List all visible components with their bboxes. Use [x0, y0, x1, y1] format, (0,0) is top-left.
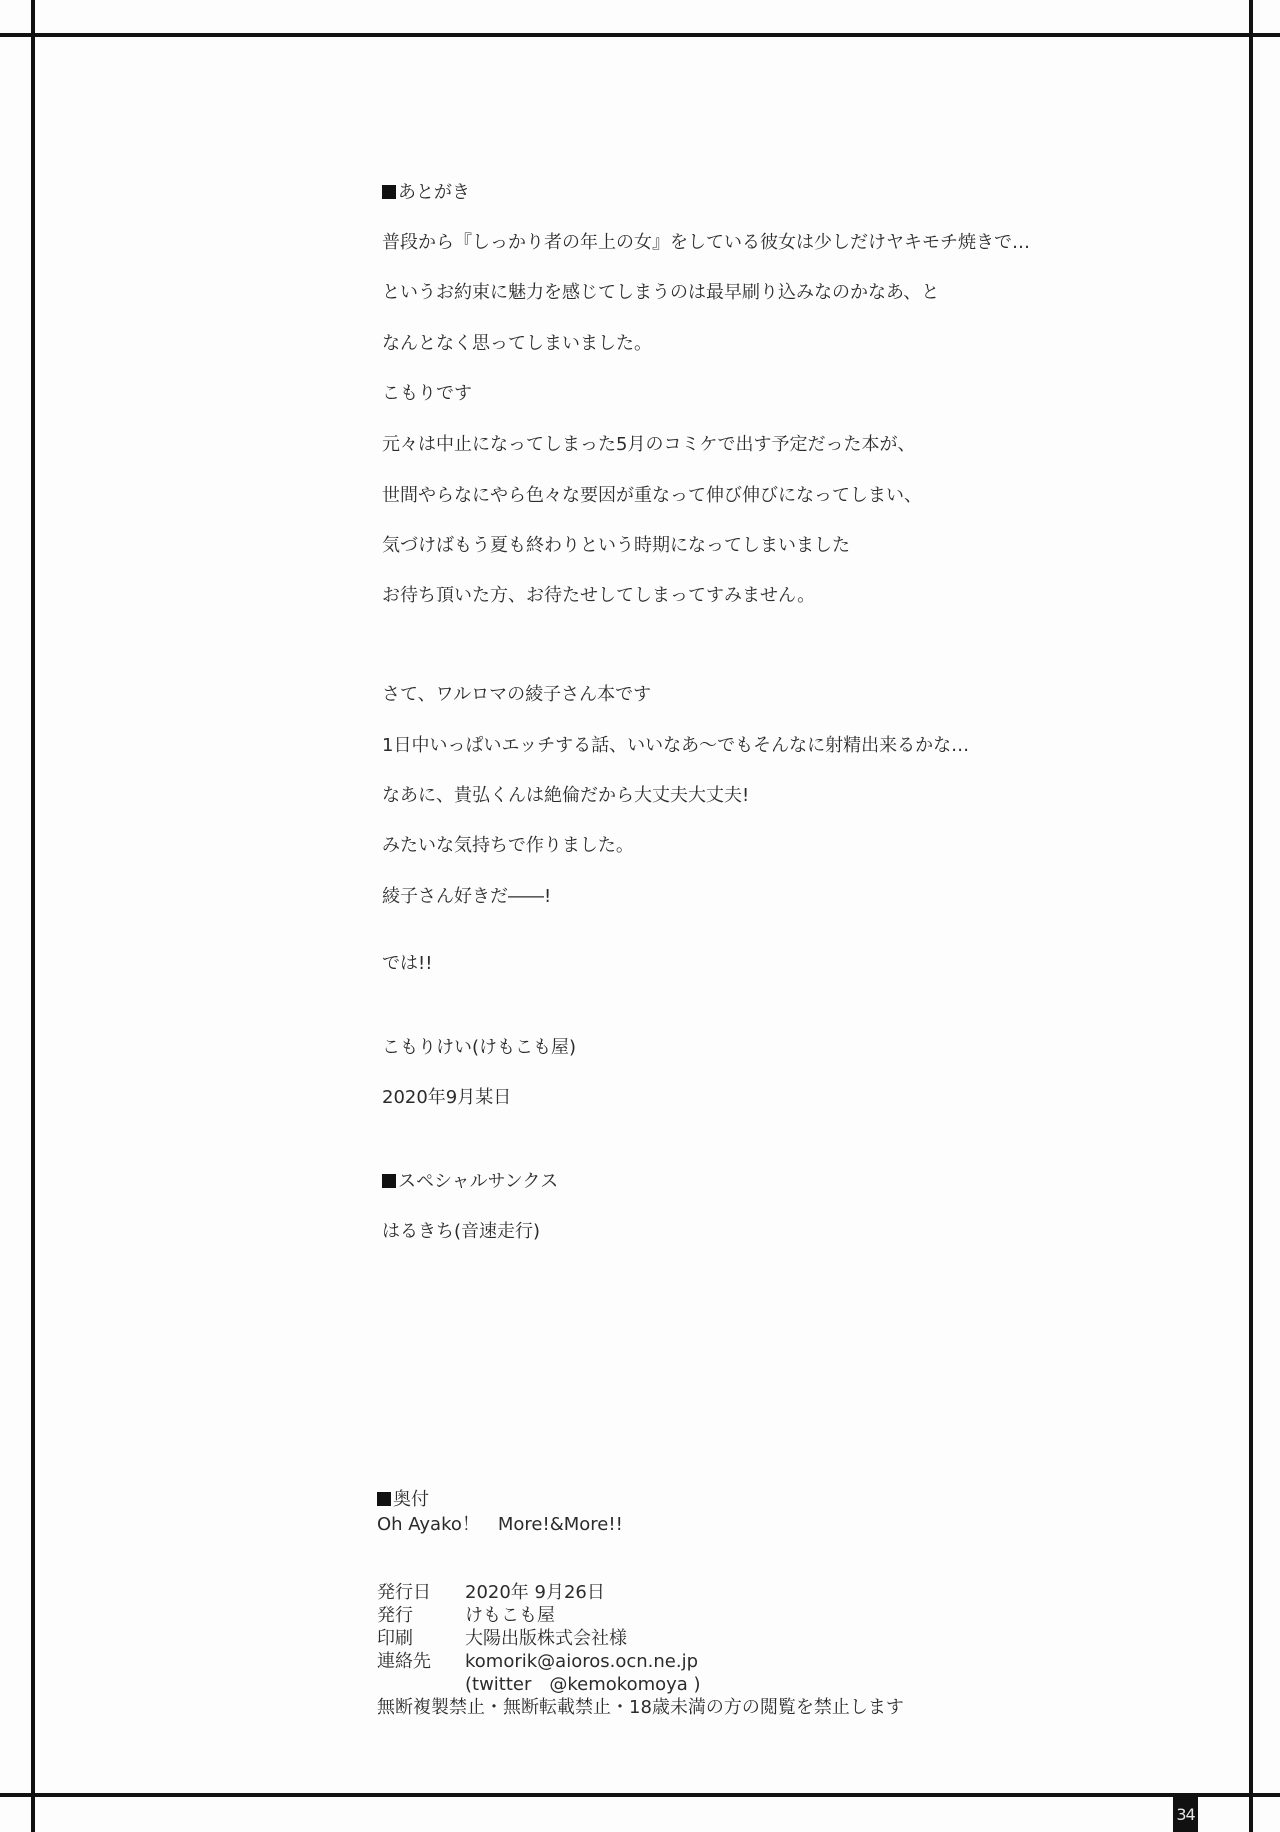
colophon-row-contact: 連絡先komorik@aioros.ocn.ne.jp [377, 1651, 698, 1673]
page-number: 34 [1173, 1797, 1198, 1832]
special-thanks-heading-text: スペシャルサンクス [398, 1171, 558, 1192]
colophon-label: 発行 [377, 1605, 465, 1627]
contact-email: komorik@aioros.ocn.ne.jp [465, 1651, 698, 1672]
colophon-row-publisher: 発行けもこも屋 [377, 1605, 555, 1627]
colophon-heading-text: 奥付 [393, 1489, 429, 1510]
afterword-line: 普段から『しっかり者の年上の女』をしている彼女は少しだけヤキモチ焼きで… [382, 232, 1030, 254]
copyright-notice: 無断複製禁止・無断転載禁止・18歳未満の方の閲覧を禁止します [377, 1697, 904, 1719]
colophon-value: 2020年 9月26日 [465, 1582, 605, 1603]
afterword-heading-text: あとがき [398, 182, 470, 203]
frame-line-bottom [0, 1793, 1280, 1797]
colophon-row-printer: 印刷大陽出版株式会社様 [377, 1628, 627, 1650]
afterword-line: みたいな気持ちで作りました。 [382, 835, 634, 857]
afterword-line: こもりです [382, 383, 472, 405]
afterword-line: さて、ワルロマの綾子さん本です [382, 684, 651, 706]
black-square-icon [377, 1492, 391, 1506]
afterword-line: というお約束に魅力を感じてしまうのは最早刷り込みなのかなあ、と [382, 282, 939, 304]
colophon-heading: 奥付 [377, 1489, 429, 1511]
colophon-value: けもこも屋 [465, 1605, 555, 1626]
author-signature: こもりけい(けもこも屋) [382, 1037, 576, 1059]
book-page: 34 あとがき 普段から『しっかり者の年上の女』をしている彼女は少しだけヤキモチ… [0, 0, 1280, 1832]
colophon-row-issue-date: 発行日2020年 9月26日 [377, 1582, 605, 1604]
frame-line-right [1249, 0, 1253, 1832]
colophon-label: 発行日 [377, 1582, 465, 1604]
black-square-icon [382, 1174, 396, 1188]
afterword-line: 元々は中止になってしまった5月のコミケで出す予定だった本が、 [382, 434, 915, 456]
afterword-line: 気づけばもう夏も終わりという時期になってしまいました [382, 535, 850, 557]
special-thanks-heading: スペシャルサンクス [382, 1171, 558, 1193]
colophon-label: 連絡先 [377, 1651, 465, 1673]
afterword-exclaim: 綾子さん好きだ――! [382, 886, 551, 908]
afterword-line: なあに、貴弘くんは絶倫だから大丈夫大丈夫! [382, 785, 749, 807]
afterword-line: 1日中いっぱいエッチする話、いいなあ～でもそんなに射精出来るかな… [382, 735, 969, 757]
colophon-title: Oh Ayako！ More!&More!! [377, 1514, 623, 1536]
frame-line-left [31, 0, 35, 1832]
afterword-date: 2020年9月某日 [382, 1087, 511, 1109]
colophon-label: 印刷 [377, 1628, 465, 1650]
afterword-line: 世間やらなにやら色々な要因が重なって伸び伸びになってしまい、 [382, 485, 922, 507]
frame-line-top [0, 33, 1280, 37]
afterword-heading: あとがき [382, 182, 470, 204]
afterword-line: なんとなく思ってしまいました。 [382, 333, 652, 355]
contact-twitter: (twitter @kemokomoya ) [465, 1674, 701, 1696]
colophon-value: 大陽出版株式会社様 [465, 1628, 627, 1649]
afterword-closing: では!! [382, 953, 432, 975]
afterword-line: お待ち頂いた方、お待たせしてしまってすみません。 [382, 585, 815, 607]
black-square-icon [382, 185, 396, 199]
special-thanks-name: はるきち(音速走行) [382, 1221, 540, 1243]
